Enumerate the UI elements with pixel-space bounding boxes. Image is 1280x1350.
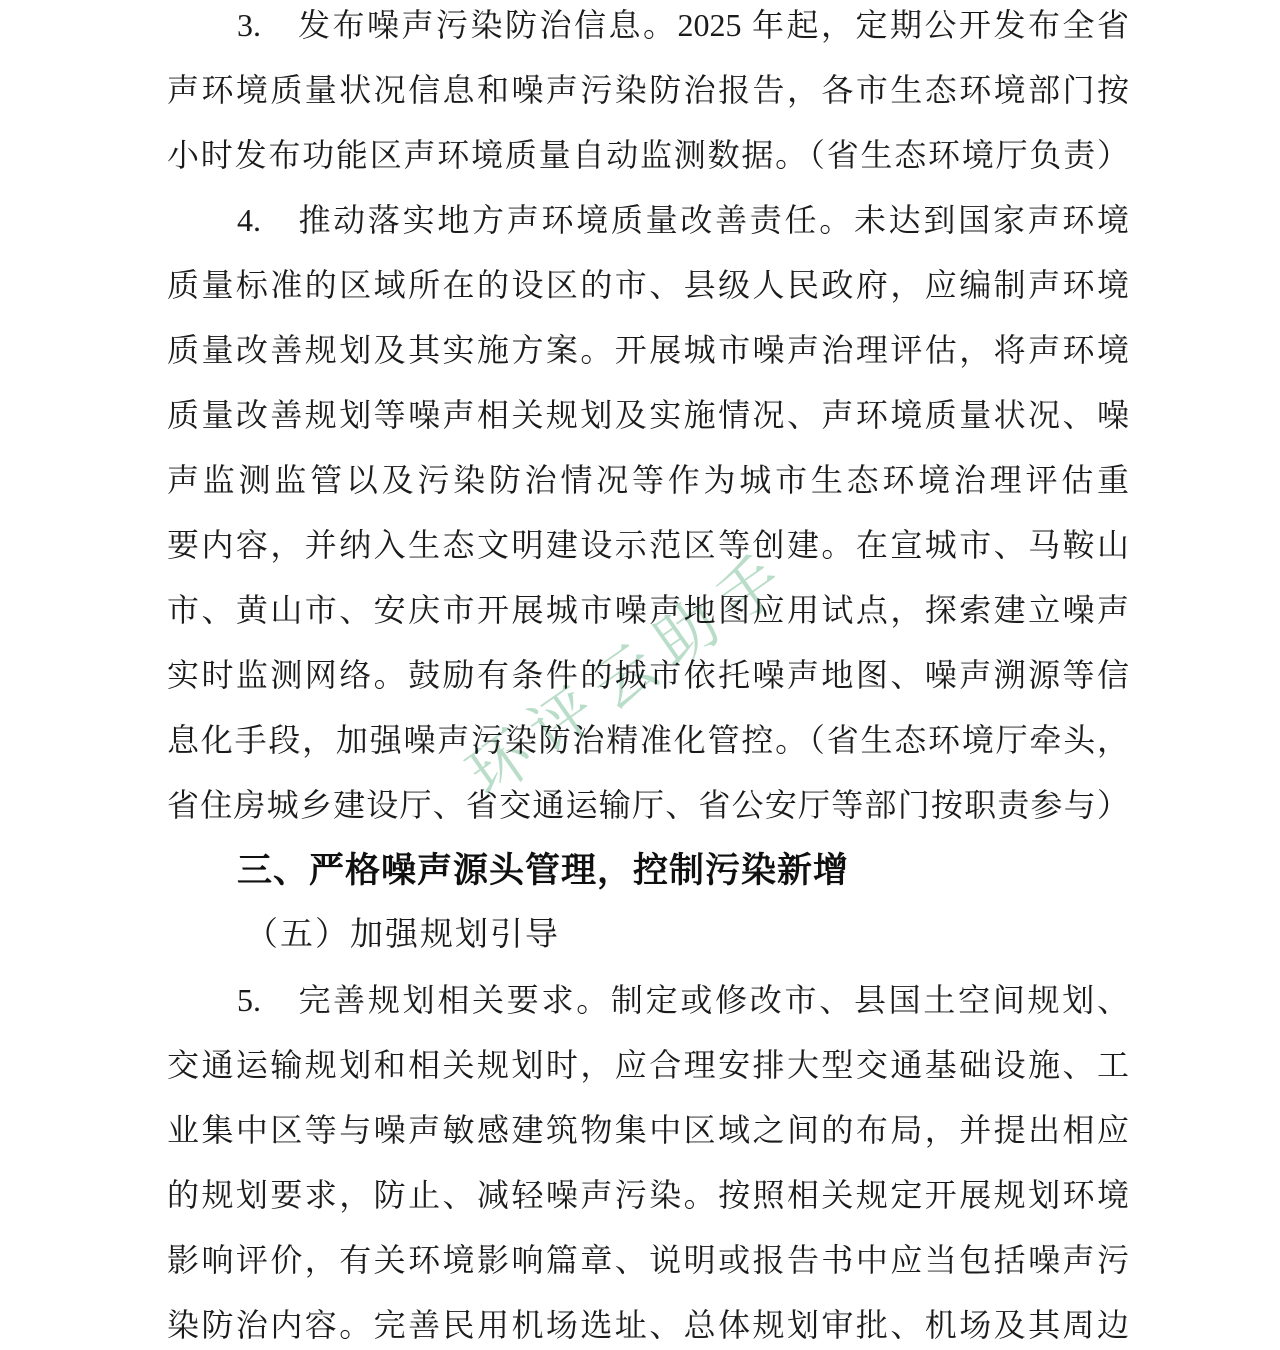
text-line: 质量标准的区域所在的设区的市、县级人民政府，应编制声环境 bbox=[167, 253, 1129, 318]
document-body: 3. 发布噪声污染防治信息。2025 年起，定期公开发布全省 声环境质量状况信息… bbox=[167, 0, 1129, 1350]
text-line: 要内容，并纳入生态文明建设示范区等创建。在宣城市、马鞍山 bbox=[167, 513, 1129, 578]
text-line: 3. 发布噪声污染防治信息。2025 年起，定期公开发布全省 bbox=[167, 0, 1129, 58]
section-heading: 三、严格噪声源头管理，控制污染新增 bbox=[167, 838, 1129, 903]
text-line: 5. 完善规划相关要求。制定或修改市、县国土空间规划、 bbox=[167, 968, 1129, 1033]
subsection-heading: （五）加强规划引导 bbox=[167, 903, 1129, 968]
text-line: 声监测监管以及污染防治情况等作为城市生态环境治理评估重 bbox=[167, 448, 1129, 513]
text-line: 省住房城乡建设厅、省交通运输厅、省公安厅等部门按职责参与） bbox=[167, 773, 1129, 838]
text-line: 质量改善规划及其实施方案。开展城市噪声治理评估，将声环境 bbox=[167, 318, 1129, 383]
text-line: 交通运输规划和相关规划时，应合理安排大型交通基础设施、工 bbox=[167, 1033, 1129, 1098]
text-line: 息化手段，加强噪声污染防治精准化管控。（省生态环境厅牵头， bbox=[167, 708, 1129, 773]
text-line: 影响评价，有关环境影响篇章、说明或报告书中应当包括噪声污 bbox=[167, 1228, 1129, 1293]
text-line: 声环境质量状况信息和噪声污染防治报告，各市生态环境部门按 bbox=[167, 58, 1129, 123]
text-line: 市、黄山市、安庆市开展城市噪声地图应用试点，探索建立噪声 bbox=[167, 578, 1129, 643]
text-line: 业集中区等与噪声敏感建筑物集中区域之间的布局，并提出相应 bbox=[167, 1098, 1129, 1163]
text-line: 质量改善规划等噪声相关规划及实施情况、声环境质量状况、噪 bbox=[167, 383, 1129, 448]
document-page: 环评云助手 3. 发布噪声污染防治信息。2025 年起，定期公开发布全省 声环境… bbox=[0, 0, 1280, 1350]
text-line: 实时监测网络。鼓励有条件的城市依托噪声地图、噪声溯源等信 bbox=[167, 643, 1129, 708]
text-line: 的规划要求，防止、减轻噪声污染。按照相关规定开展规划环境 bbox=[167, 1163, 1129, 1228]
text-line: 染防治内容。完善民用机场选址、总体规划审批、机场及其周边 bbox=[167, 1293, 1129, 1350]
text-line: 4. 推动落实地方声环境质量改善责任。未达到国家声环境 bbox=[167, 188, 1129, 253]
text-line: 小时发布功能区声环境质量自动监测数据。（省生态环境厅负责） bbox=[167, 123, 1129, 188]
